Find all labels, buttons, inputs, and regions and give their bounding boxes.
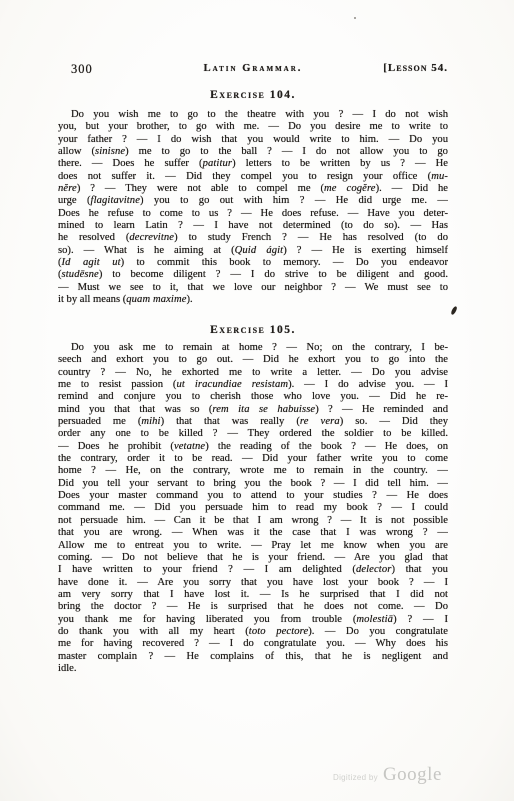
text-line: urge (flagitavitne) you to go out with h… [58, 195, 448, 207]
text-line: home ? — He, on the contrary, wrote me t… [58, 465, 448, 477]
text-line: — Must we see to it, that we love our ne… [58, 282, 448, 294]
text-line: that you are wrong. — When was it the ca… [58, 527, 448, 539]
text-line: coming. — Do not believe that he is your… [58, 552, 448, 564]
text-line: so). — What is he aiming at (Quid ágit) … [58, 245, 448, 257]
text-line: — Does he prohibit (vetatne) the reading… [58, 441, 448, 453]
text-line: mined to learn Latin ? — I have not dete… [58, 220, 448, 232]
text-line: Allow me to entreat you to write. — Pray… [58, 540, 448, 552]
watermark-text: Digitized by [333, 773, 378, 782]
book-page: 300 Latin Grammar. [Lesson 54. Exercise … [0, 0, 514, 801]
text-line: persuaded me (mihi) that that was really… [58, 416, 448, 428]
text-line: have done it. — Are you sorry that you h… [58, 577, 448, 589]
text-line: order any one to be killed ? — They orde… [58, 428, 448, 440]
page-header: 300 Latin Grammar. [Lesson 54. [58, 62, 448, 77]
text-line: (studēsne) to become diligent ? — I do s… [58, 269, 448, 281]
text-line: country ? — No, he exhorted me to write … [58, 367, 448, 379]
exercise-105-heading: Exercise 105. [58, 324, 448, 336]
text-line: allow (sinisne) me to go to the ball ? —… [58, 146, 448, 158]
text-line: Do you wish me to go to the theatre with… [58, 109, 448, 121]
text-line: you, but your brother, to go with me. — … [58, 121, 448, 133]
text-line: me for having recovered ? — I do congrat… [58, 638, 448, 650]
text-line: Does he refuse to come to us ? — He does… [58, 208, 448, 220]
exercise-105-text: Do you ask me to remain at home ? — No; … [58, 342, 448, 675]
text-line: (Id agit ut) to commit this book to memo… [58, 257, 448, 269]
ink-blot-artifact [450, 306, 457, 316]
lesson-reference: [Lesson 54. [383, 62, 448, 74]
text-line: idle. [58, 663, 448, 675]
text-line: does not suffer it. — Did they compel yo… [58, 171, 448, 183]
text-line: am very sorry that I have lost it. — Is … [58, 589, 448, 601]
scan-speck-artifact [354, 17, 356, 19]
text-line: command me. — Did you persuade him to re… [58, 502, 448, 514]
text-line: Does your master command you to attend t… [58, 490, 448, 502]
text-line: you thank me for having liberated you fr… [58, 614, 448, 626]
text-line: seech and exhort you to go out. — Did he… [58, 354, 448, 366]
text-line: remind and conjure you to cherish those … [58, 391, 448, 403]
exercise-104-text: Do you wish me to go to the theatre with… [58, 109, 448, 307]
text-line: me to resist passion (ut iracundiae resi… [58, 379, 448, 391]
exercise-104-heading: Exercise 104. [58, 89, 448, 101]
text-line: mind you that that was so (rem ita se ha… [58, 404, 448, 416]
text-line: your father ? — I do wish that you would… [58, 134, 448, 146]
digitized-watermark: Digitized by Google [333, 764, 463, 786]
text-line: he resolved (decrevitne) to study French… [58, 232, 448, 244]
text-line: nĕre) ? — They were not able to compel m… [58, 183, 448, 195]
text-line: it by all means (quam maxime). [58, 294, 448, 306]
text-line: I have written to your friend ? — I am d… [58, 564, 448, 576]
text-line: bring the doctor ? — He is surprised tha… [58, 601, 448, 613]
google-logo: Google [383, 764, 442, 786]
text-line: there. — Does he suffer (patitur) letter… [58, 158, 448, 170]
text-line: Do you ask me to remain at home ? — No; … [58, 342, 448, 354]
text-line: master complain ? — He complains of this… [58, 651, 448, 663]
text-line: do thank you with all my heart (toto pec… [58, 626, 448, 638]
text-line: not persuade him. — Can it be that I am … [58, 515, 448, 527]
text-line: Did you tell your servant to bring you t… [58, 478, 448, 490]
text-line: the contrary, order it to be read. — Did… [58, 453, 448, 465]
